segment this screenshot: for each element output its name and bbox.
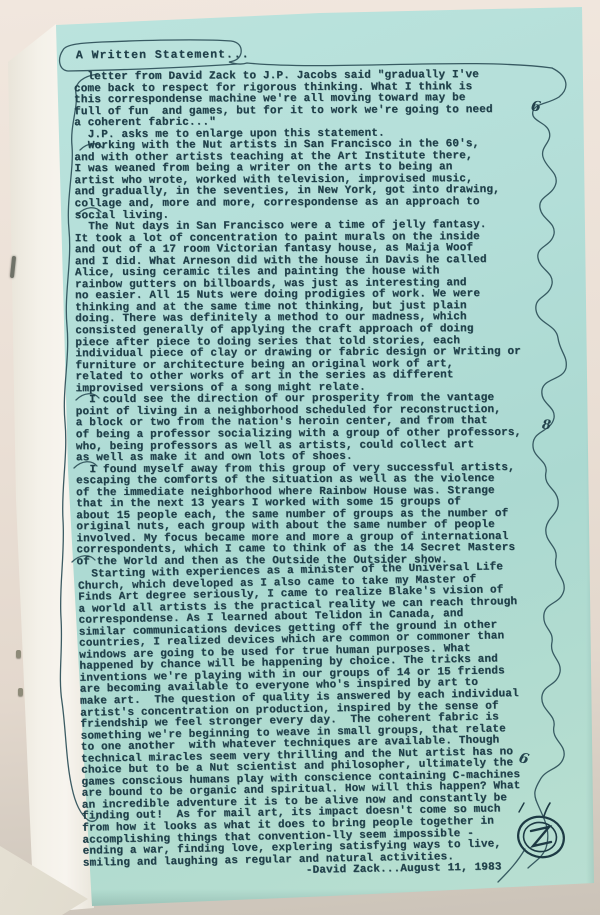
statement-title: A Written Statement... (76, 47, 552, 62)
typed-paragraph: letter from David Zack to J.P. Jacobs sa… (74, 70, 552, 130)
staple-icon (16, 650, 21, 658)
typed-paragraph: Starting with experiences as a minister … (78, 561, 561, 870)
typed-paragraph: I could see the direction of our prosper… (76, 393, 554, 465)
margin-mark: 6 (530, 99, 542, 114)
typed-text-block: A Written Statement... letter from David… (74, 47, 556, 881)
warped-bottom-block: Starting with experiences as a minister … (78, 561, 561, 881)
margin-mark: 8 (542, 419, 552, 434)
typed-paragraph: The Nut days in San Francisco were a tim… (75, 220, 554, 396)
staple-icon (18, 688, 23, 696)
photo-background: A Written Statement... letter from David… (0, 0, 600, 915)
typed-paragraph: Working with the Nut artists in San Fran… (74, 139, 552, 222)
typed-paragraph: I found myself away from this group of v… (76, 462, 555, 568)
